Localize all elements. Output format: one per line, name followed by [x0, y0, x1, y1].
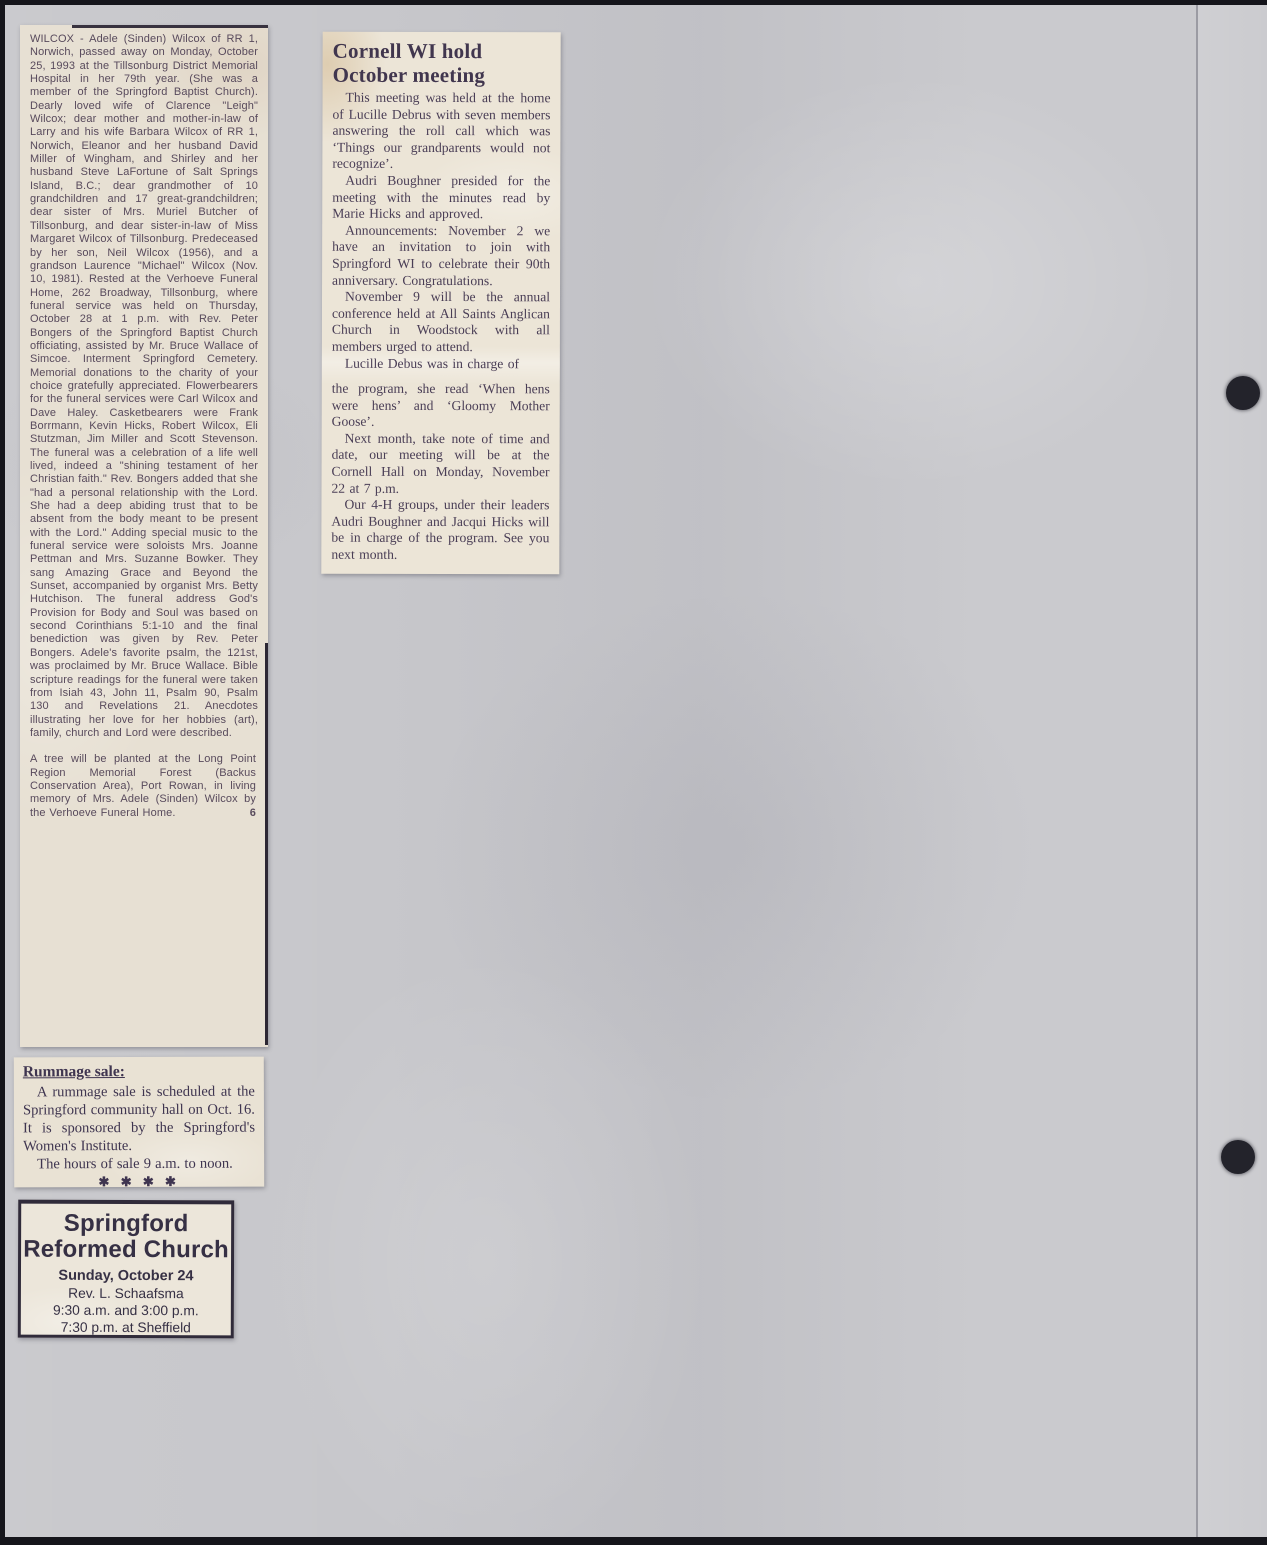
- binder-edge-strip: [1196, 5, 1267, 1537]
- clipping-church-ad: SpringfordReformed Church Sunday, Octobe…: [18, 1200, 234, 1339]
- church-minister: Rev. L. Schaafsma: [21, 1285, 231, 1303]
- article-paragraph: This meeting was held at the home of Luc…: [332, 90, 550, 174]
- church-name-line2: Reformed Church: [23, 1236, 229, 1264]
- article-paragraph: November 9 will be the annual conference…: [332, 289, 550, 356]
- scrapbook-scan: WILCOX - Adele (Sinden) Wilcox of RR 1, …: [0, 0, 1267, 1545]
- rummage-body: A rummage sale is scheduled at the Sprin…: [23, 1083, 255, 1174]
- article-paragraph: the program, she read ‘When hens were he…: [332, 381, 550, 431]
- hole-punch-bottom: [1221, 1140, 1255, 1174]
- hole-punch-top: [1226, 376, 1260, 410]
- church-service-date: Sunday, October 24: [21, 1268, 231, 1286]
- article-paragraph: Audri Boughner presided for the meeting …: [332, 173, 550, 223]
- church-evening-service: 7:30 p.m. at Sheffield: [21, 1319, 231, 1337]
- article-paragraph: Lucille Debus was in charge of: [332, 355, 550, 372]
- rummage-heading: Rummage sale:: [23, 1063, 255, 1082]
- article-title-line1: Cornell WI hold: [333, 39, 483, 63]
- clipping-rummage-sale: Rummage sale: A rummage sale is schedule…: [14, 1057, 264, 1188]
- obituary-footer-note: A tree will be planted at the Long Point…: [30, 753, 258, 820]
- clipping-obituary: WILCOX - Adele (Sinden) Wilcox of RR 1, …: [20, 25, 268, 1047]
- obituary-text: WILCOX - Adele (Sinden) Wilcox of RR 1, …: [30, 33, 258, 740]
- article-paragraph: Our 4-H groups, under their leaders Audr…: [331, 497, 549, 564]
- article-paragraph: Next month, take note of time and date, …: [331, 431, 549, 498]
- clipping-cornell-article: Cornell WI holdOctober meeting This meet…: [321, 32, 560, 575]
- obituary-footer-text: A tree will be planted at the Long Point…: [30, 753, 256, 818]
- church-name-line1: Springford: [64, 1210, 189, 1237]
- church-name: SpringfordReformed Church: [21, 1211, 231, 1264]
- rummage-stars-divider: ✱ ✱ ✱ ✱: [23, 1174, 255, 1188]
- article-title: Cornell WI holdOctober meeting: [333, 39, 551, 88]
- obituary-page-number: 6: [250, 807, 256, 820]
- rummage-paragraph: A rummage sale is scheduled at the Sprin…: [23, 1083, 255, 1156]
- church-service-times: 9:30 a.m. and 3:00 p.m.: [21, 1302, 231, 1320]
- article-paragraph: Announcements: November 2 we have an inv…: [332, 222, 550, 289]
- article-title-line2: October meeting: [333, 63, 486, 87]
- article-body: This meeting was held at the home of Luc…: [331, 90, 550, 564]
- rummage-paragraph: The hours of sale 9 a.m. to noon.: [23, 1155, 255, 1174]
